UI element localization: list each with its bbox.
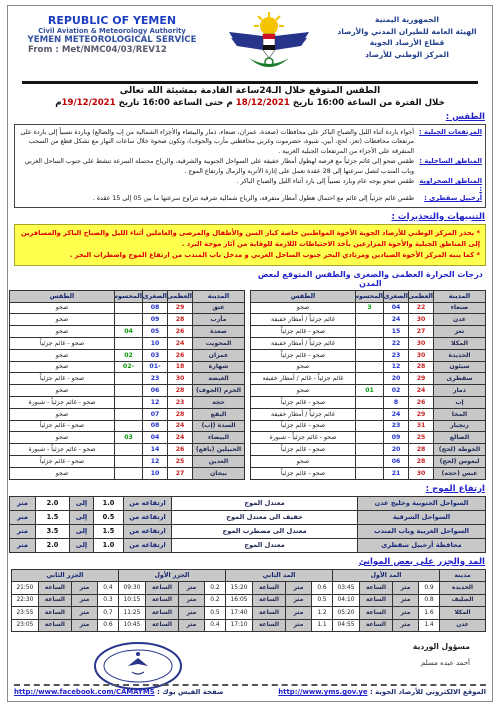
- city-name: صعدة: [193, 326, 245, 338]
- city-name: عدن: [434, 314, 486, 326]
- city-name: سيئون: [434, 361, 486, 373]
- temp-header-cell: المحسوسة: [356, 290, 384, 302]
- footer-divider: [14, 684, 486, 686]
- min-temp: 24: [384, 408, 409, 420]
- tide-group-header: المد الثاني: [225, 569, 332, 582]
- feels-temp: [356, 432, 384, 444]
- city-name: المخا: [434, 408, 486, 420]
- city-weather: صحو - غائم جزئياً - شبورة: [10, 444, 115, 456]
- max-temp: 24: [168, 420, 193, 432]
- min-temp: 04: [143, 432, 168, 444]
- min-temp: 15: [384, 326, 409, 338]
- tide-time-value: 15:20: [225, 582, 252, 595]
- warnings-box: * يحذر المركز الوطني للأرصاد الجوية الأخ…: [14, 224, 486, 266]
- period-text-4: تاريخ: [119, 98, 140, 108]
- tide-time-value: 04:10: [333, 594, 360, 607]
- max-temp: 29: [168, 302, 193, 314]
- city-weather: صحو: [10, 361, 115, 373]
- arabic-line-2: الهيئة العامة للطيران المدني والأرصاد: [328, 26, 486, 38]
- wave-unit: متر: [10, 496, 36, 510]
- english-line-2: Civil Aviation & Meteorology Authority: [14, 27, 210, 35]
- tide-height-value: 0.9: [419, 582, 440, 595]
- wave-from-value: 1.0: [94, 496, 124, 510]
- temp-row: الضالع2509صحو - غائم جزئياً - شبورة: [251, 432, 486, 444]
- wave-to-label: إلى: [70, 496, 94, 510]
- min-temp: 14: [143, 444, 168, 456]
- min-temp: 24: [384, 314, 409, 326]
- wave-region: السواحل الشرقية: [358, 510, 486, 524]
- feels-temp: [115, 408, 143, 420]
- website-link[interactable]: http://www.yms.gov.ye: [278, 688, 367, 696]
- authority-logo-icon: [225, 10, 313, 76]
- forecast-title: الطقس المتوقع خلال الـ24ساعة القادمة بمش…: [14, 86, 486, 96]
- tide-height-value: 0.7: [97, 607, 118, 620]
- tide-time-value: 09:30: [118, 582, 145, 595]
- tide-hour-label: الساعة: [38, 594, 71, 607]
- tide-hour-label: الساعة: [145, 582, 178, 595]
- tide-meter-label: متر: [71, 619, 97, 632]
- arabic-line-4: المركز الوطني للأرصاد: [328, 49, 486, 61]
- tide-hour-label: الساعة: [38, 607, 71, 620]
- tide-hour-label: الساعة: [360, 619, 393, 632]
- weather-row-3: أرخبيل سقطرى :طقس غائم جزئياً إلى غائم م…: [18, 194, 482, 203]
- wave-unit: متر: [10, 524, 36, 538]
- city-name: الغيضة: [193, 373, 245, 385]
- tide-height-value: 1.1: [312, 619, 333, 632]
- city-name: الحزم (الجوف): [193, 385, 245, 397]
- temp-row: زنجبار3123صحو - غائم جزئياً: [251, 420, 486, 432]
- feels-temp: [115, 455, 143, 467]
- tide-hour-label: الساعة: [145, 594, 178, 607]
- max-temp: 31: [409, 420, 434, 432]
- feels-temp: [356, 349, 384, 361]
- tide-meter-label: متر: [178, 582, 204, 595]
- min-temp: 21: [384, 467, 409, 479]
- city-weather: صحو: [251, 455, 356, 467]
- weather-row-1: المناطق الساحلية :طقس صحو إلى غائم جزئيا…: [18, 157, 482, 176]
- tide-time-value: 10:15: [118, 594, 145, 607]
- city-name: بيحان: [193, 467, 245, 479]
- arabic-line-1: الجمهورية اليمنية: [328, 14, 486, 26]
- wave-to-label: إلى: [70, 510, 94, 524]
- temperature-tables: المدينةالعظمىالصغرىالمحسوسةالطقسصنعاء220…: [14, 290, 486, 480]
- city-weather: صحو - غائم جزئياً: [10, 420, 115, 432]
- tide-row: الحديدة0.9مترالساعة03:450.6مترالساعة15:2…: [11, 582, 485, 595]
- city-name: الحوطة (لحج): [434, 444, 486, 456]
- city-weather: صحو: [10, 408, 115, 420]
- max-temp: 26: [409, 396, 434, 408]
- feels-temp: [115, 314, 143, 326]
- wave-from-label: ارتفاعه من: [124, 538, 172, 552]
- duty-officer-block: مسؤول الوردية أحمد عبده مسلم: [413, 642, 470, 667]
- min-temp: 02: [384, 385, 409, 397]
- max-temp: 23: [168, 396, 193, 408]
- tide-time-value: 23:55: [11, 607, 38, 620]
- min-temp: 04: [384, 302, 409, 314]
- temp-row: الحبيلين (يافع)2614صحو - غائم جزئياً - ش…: [10, 444, 245, 456]
- temp-row: العدين2512صحو - غائم جزئياً: [10, 455, 245, 467]
- city-name: تعز: [434, 326, 486, 338]
- city-name: البقع: [193, 408, 245, 420]
- tide-group-header: الجزر الثاني: [11, 569, 118, 582]
- facebook-group: صفحة الفيس بوك : http://www.facebook.com…: [14, 688, 224, 696]
- wave-from-value: 1.5: [94, 524, 124, 538]
- period-time-2: 16:00: [142, 98, 169, 108]
- feels-temp: [115, 420, 143, 432]
- temp-row: عتق2908صحو: [10, 302, 245, 314]
- tide-row: عدن1.4مترالساعة04:551.1مترالساعة17:100.4…: [11, 619, 485, 632]
- city-name: حجة: [193, 396, 245, 408]
- feels-temp: 01: [356, 385, 384, 397]
- wave-unit: متر: [10, 510, 36, 524]
- max-temp: 28: [168, 385, 193, 397]
- english-line-4: From : Met/NMC04/03/REV12: [14, 45, 210, 55]
- max-temp: 30: [409, 314, 434, 326]
- tide-time-value: 17:10: [225, 619, 252, 632]
- period-text-2: تاريخ: [293, 98, 314, 108]
- duty-officer-name: أحمد عبده مسلم: [413, 659, 470, 667]
- feels-temp: [115, 302, 143, 314]
- tide-time-value: 10:45: [118, 619, 145, 632]
- wave-region: السواحل الجنوبية وخليج عدن: [358, 496, 486, 510]
- tide-meter-label: متر: [393, 607, 419, 620]
- facebook-link[interactable]: http://www.facebook.com/CAMAYMS: [14, 688, 155, 696]
- max-temp: 26: [168, 349, 193, 361]
- warning-line-0: * يحذر المركز الوطني للأرصاد الجوية الأخ…: [20, 228, 480, 251]
- feels-temp: [115, 385, 143, 397]
- tide-city: المكلا: [440, 607, 486, 620]
- tide-city: الحديدة: [440, 582, 486, 595]
- tide-meter-label: متر: [178, 594, 204, 607]
- max-temp: 29: [409, 408, 434, 420]
- wave-to-label: إلى: [70, 538, 94, 552]
- temp-row: شهارة18-01-02صحو: [10, 361, 245, 373]
- tide-height-value: 1.2: [312, 607, 333, 620]
- feels-temp: [356, 326, 384, 338]
- weather-row-0: المرتفعات الجبلية :أجواء باردة أثناء الل…: [18, 128, 482, 156]
- city-weather: صحو: [10, 349, 115, 361]
- tide-meter-label: متر: [178, 619, 204, 632]
- tide-meter-label: متر: [71, 594, 97, 607]
- temp-header-cell: الصغرى: [384, 290, 409, 302]
- max-temp: 29: [409, 373, 434, 385]
- wave-to-label: إلى: [70, 524, 94, 538]
- city-weather: صحو - غائم جزئياً: [251, 444, 356, 456]
- header-english-block: REPUBLIC OF YEMEN Civil Aviation & Meteo…: [14, 10, 210, 55]
- tide-height-value: 0.4: [204, 619, 225, 632]
- max-temp: 26: [168, 444, 193, 456]
- tide-meter-label: متر: [286, 594, 312, 607]
- feels-temp: [356, 467, 384, 479]
- temp-row: المكلا3022غائم جزئياً / أمطار خفيفة: [251, 337, 486, 349]
- warnings-section-label: التنبيهات والتحذيرات :: [15, 212, 485, 222]
- tide-hour-label: الساعة: [253, 582, 286, 595]
- city-weather: صحو - غائم جزئياً: [251, 420, 356, 432]
- tide-row: المكلا1.6مترالساعة05:201.2مترالساعة17:40…: [11, 607, 485, 620]
- min-temp: 08: [143, 302, 168, 314]
- min-temp: 12: [143, 396, 168, 408]
- wave-region: السواحل الغربية وباب المندب: [358, 524, 486, 538]
- city-weather: صحو - غائم جزئياً: [10, 373, 115, 385]
- tide-height-value: 0.5: [204, 607, 225, 620]
- period-date-1: 18/12/2021: [236, 98, 290, 108]
- wave-row: السواحل الجنوبية وخليج عدنمعتدل الموجارت…: [10, 496, 486, 510]
- temp-row: الحزم (الجوف)2806صحو: [10, 385, 245, 397]
- english-line-3: YEMEN METEOROLOGICAL SERVICE: [14, 35, 210, 45]
- wave-description: معتدل الموج: [172, 538, 358, 552]
- city-name: البيضاء: [193, 432, 245, 444]
- city-name: المكلا: [434, 337, 486, 349]
- tide-hour-label: الساعة: [253, 594, 286, 607]
- city-name: لبعوس (لحج): [434, 455, 486, 467]
- min-temp: 23: [384, 349, 409, 361]
- wave-from-value: 0.5: [94, 510, 124, 524]
- weather-row-text: طقس صحو بوجه عام وبارد نسبياً إلى بارد أ…: [18, 177, 414, 193]
- temp-row: المحويت2410صحو - غائم جزئياً: [10, 337, 245, 349]
- wave-from-label: ارتفاعه من: [124, 496, 172, 510]
- temp-row: سقطرى2920غائم جزئياً - غائم / أمطار خفيف…: [251, 373, 486, 385]
- city-weather: صحو - غائم جزئياً: [10, 337, 115, 349]
- tide-height-value: 0.2: [204, 594, 225, 607]
- wave-section-label: ارتفاع الموج :: [15, 484, 485, 494]
- min-temp: 05: [143, 326, 168, 338]
- weather-row-text: طقس غائم جزئياً إلى غائم مع احتمال هطول …: [18, 194, 414, 203]
- weather-row-label: المناطق الساحلية :: [418, 157, 482, 176]
- tide-height-value: 0.2: [204, 582, 225, 595]
- max-temp: 28: [168, 408, 193, 420]
- temp-row: الحوطة (لحج)2820صحو - غائم جزئياً: [251, 444, 486, 456]
- tide-group-header: الجزر الأول: [118, 569, 225, 582]
- temp-header-cell: العظمى: [168, 290, 193, 302]
- city-weather: غائم جزئياً / أمطار خفيفة: [251, 314, 356, 326]
- city-weather: صحو: [10, 314, 115, 326]
- wave-description: معتدل الموج: [172, 496, 358, 510]
- tide-meter-label: متر: [393, 619, 419, 632]
- min-temp: 06: [143, 385, 168, 397]
- temp-row: حجة2312صحو - غائم جزئياً - شبورة: [10, 396, 245, 408]
- city-name: عبس (حجة): [434, 467, 486, 479]
- feels-temp: [115, 337, 143, 349]
- temp-row: البقع2807صحو: [10, 408, 245, 420]
- tide-time-value: 03:45: [333, 582, 360, 595]
- wave-row: السواحل الغربية وباب المندبمعتدل الى مضط…: [10, 524, 486, 538]
- max-temp: 18: [168, 361, 193, 373]
- weather-row-2: المناطق الصحراوية :طقس صحو بوجه عام وبار…: [18, 177, 482, 193]
- header-arabic-block: الجمهورية اليمنية الهيئة العامة للطيران …: [328, 10, 486, 61]
- city-weather: صحو: [10, 432, 115, 444]
- city-name: عمران: [193, 349, 245, 361]
- temp-header-cell: العظمى: [409, 290, 434, 302]
- tide-time-value: 04:55: [333, 619, 360, 632]
- temp-header-row: المدينةالعظمىالصغرىالمحسوسةالطقس: [251, 290, 486, 302]
- tide-time-value: 11:25: [118, 607, 145, 620]
- tide-height-value: 0.6: [97, 619, 118, 632]
- city-weather: صحو - غائم جزئياً: [10, 455, 115, 467]
- city-weather: صحو: [251, 302, 356, 314]
- city-name: زنجبار: [434, 420, 486, 432]
- min-temp: 09: [143, 314, 168, 326]
- min-temp: 07: [143, 408, 168, 420]
- city-weather: صحو - غائم جزئياً: [251, 467, 356, 479]
- tide-hour-label: الساعة: [38, 582, 71, 595]
- city-name: الضالع: [434, 432, 486, 444]
- temp-row: الغيضة3023صحو - غائم جزئياً: [10, 373, 245, 385]
- feels-temp: [356, 396, 384, 408]
- min-temp: 06: [384, 455, 409, 467]
- arabic-line-3: قطاع الأرصاد الجوية: [328, 37, 486, 49]
- max-temp: 28: [409, 361, 434, 373]
- wave-region: محافظة أرخبيل سقطرى: [358, 538, 486, 552]
- wave-height-table: السواحل الجنوبية وخليج عدنمعتدل الموجارت…: [9, 496, 486, 553]
- wave-from-label: ارتفاعه من: [124, 510, 172, 524]
- wave-row: محافظة أرخبيل سقطرىمعتدل الموجارتفاعه من…: [10, 538, 486, 552]
- authority-logo: [223, 10, 315, 80]
- max-temp: 28: [409, 455, 434, 467]
- header-divider: [22, 81, 478, 84]
- temp-row: المخا2924غائم جزئياً / أمطار خفيفة: [251, 408, 486, 420]
- max-temp: 27: [409, 326, 434, 338]
- temp-row: تعز2715صحو - غائم جزئياً: [251, 326, 486, 338]
- max-temp: 24: [168, 432, 193, 444]
- temp-row: مأرب2809صحو: [10, 314, 245, 326]
- wave-row: السواحل الشرقيةخفيف الى معتدل الموجارتفا…: [10, 510, 486, 524]
- tide-meter-label: متر: [71, 582, 97, 595]
- city-name: الحديدة: [434, 349, 486, 361]
- city-weather: صحو - غائم جزئياً: [251, 349, 356, 361]
- feels-temp: [115, 467, 143, 479]
- city-weather: صحو: [10, 467, 115, 479]
- tide-time-value: 23:05: [11, 619, 38, 632]
- weather-row-text: أجواء باردة أثناء الليل والصباح الباكر ع…: [18, 128, 414, 156]
- temp-header-cell: الطقس: [251, 290, 356, 302]
- wave-description: معتدل الى مضطرب الموج: [172, 524, 358, 538]
- city-weather: صحو: [10, 385, 115, 397]
- footer: مسؤول الوردية أحمد عبده مسلم الموقع الال…: [14, 640, 486, 706]
- temperature-table-title: درجات الحرارة العظمى والصغرى والطقس المت…: [255, 270, 486, 288]
- temp-row: السدة (إب)2408صحو - غائم جزئياً: [10, 420, 245, 432]
- weather-row-label: أرخبيل سقطرى :: [418, 194, 482, 203]
- tide-hour-label: الساعة: [38, 619, 71, 632]
- temp-header-cell: الصغرى: [143, 290, 168, 302]
- tide-hour-label: الساعة: [360, 582, 393, 595]
- wave-to-value: 2.0: [36, 538, 70, 552]
- temp-header-row: المدينةالعظمىالصغرىالمحسوسةالطقس: [10, 290, 245, 302]
- city-weather: صحو - غائم جزئياً - شبورة: [251, 432, 356, 444]
- temp-row: إب268صحو - غائم جزئياً: [251, 396, 486, 408]
- feels-temp: [356, 373, 384, 385]
- tide-time-value: 17:40: [225, 607, 252, 620]
- city-name: صنعاء: [434, 302, 486, 314]
- english-line-1: REPUBLIC OF YEMEN: [14, 14, 210, 27]
- max-temp: 24: [409, 385, 434, 397]
- max-temp: 25: [409, 432, 434, 444]
- city-weather: صحو - غائم جزئياً: [251, 326, 356, 338]
- temp-row: صنعاء22043صحو: [251, 302, 486, 314]
- tide-hour-label: الساعة: [360, 607, 393, 620]
- tide-height-value: 0.8: [419, 594, 440, 607]
- tide-hour-label: الساعة: [145, 619, 178, 632]
- tide-meter-label: متر: [286, 582, 312, 595]
- wave-to-value: 3.5: [36, 524, 70, 538]
- temp-row: بيحان2710صحو: [10, 467, 245, 479]
- tide-hour-label: الساعة: [145, 607, 178, 620]
- tide-city-header: مدينة: [440, 569, 486, 582]
- tide-meter-label: متر: [393, 594, 419, 607]
- tide-hour-label: الساعة: [360, 594, 393, 607]
- city-name: عتق: [193, 302, 245, 314]
- max-temp: 22: [409, 302, 434, 314]
- temp-row: عمران260302صحو: [10, 349, 245, 361]
- tide-time-value: 21:50: [11, 582, 38, 595]
- feels-temp: 3: [356, 302, 384, 314]
- weather-bulletin-page: الجمهورية اليمنية الهيئة العامة للطيران …: [0, 0, 500, 707]
- wave-description: خفيف الى معتدل الموج: [172, 510, 358, 524]
- tide-hour-label: الساعة: [253, 619, 286, 632]
- max-temp: 27: [168, 467, 193, 479]
- city-weather: غائم جزئياً / أمطار خفيفة: [251, 337, 356, 349]
- website-group: الموقع الالكتروني للأرصاد الجوية : http:…: [278, 688, 486, 696]
- city-name: ذمار: [434, 385, 486, 397]
- tide-time-value: 05:20: [333, 607, 360, 620]
- min-temp: 10: [143, 337, 168, 349]
- weather-section-label: الطقس :: [15, 112, 485, 122]
- feels-temp: [356, 408, 384, 420]
- feels-temp: [115, 396, 143, 408]
- weather-forecast-box: المرتفعات الجبلية :أجواء باردة أثناء الل…: [14, 124, 486, 208]
- feels-temp: [356, 444, 384, 456]
- tide-height-value: 1.4: [419, 619, 440, 632]
- tide-header-row: مدينةالمد الأولالمد الثانيالجزر الأولالج…: [11, 569, 485, 582]
- wave-unit: متر: [10, 538, 36, 552]
- period-text-1: خلال الفترة من الساعة: [347, 98, 445, 108]
- city-name: سقطرى: [434, 373, 486, 385]
- tide-meter-label: متر: [71, 607, 97, 620]
- tide-hour-label: الساعة: [253, 607, 286, 620]
- wave-from-value: 1.0: [94, 538, 124, 552]
- max-temp: 30: [168, 373, 193, 385]
- temp-row: لبعوس (لحج)2806صحو: [251, 455, 486, 467]
- city-name: العدين: [193, 455, 245, 467]
- tide-row: الصليف0.8مترالساعة04:100.5مترالساعة16:05…: [11, 594, 485, 607]
- city-name: السدة (إب): [193, 420, 245, 432]
- temp-row: ذمار240201صحو: [251, 385, 486, 397]
- min-temp: 20: [384, 444, 409, 456]
- feels-temp: 02: [115, 349, 143, 361]
- city-weather: صحو: [251, 385, 356, 397]
- min-temp: 23: [384, 420, 409, 432]
- tide-height-value: 0.6: [312, 582, 333, 595]
- period-text-3: م حتى الساعة: [173, 98, 233, 108]
- min-temp: 12: [384, 361, 409, 373]
- tide-table: مدينةالمد الأولالمد الثانيالجزر الأولالج…: [11, 569, 486, 633]
- tide-meter-label: متر: [286, 607, 312, 620]
- city-name: شهارة: [193, 361, 245, 373]
- min-temp: 03: [143, 349, 168, 361]
- temperature-table-right: المدينةالعظمىالصغرىالمحسوسةالطقسصنعاء220…: [250, 290, 486, 480]
- header: الجمهورية اليمنية الهيئة العامة للطيران …: [14, 10, 486, 80]
- temp-row: عبس (حجة)3021صحو - غائم جزئياً: [251, 467, 486, 479]
- temp-header-cell: المحسوسة: [115, 290, 143, 302]
- min-temp: 23: [143, 373, 168, 385]
- temp-row: عدن3024غائم جزئياً / أمطار خفيفة: [251, 314, 486, 326]
- feels-temp: [356, 314, 384, 326]
- min-temp: 08: [143, 420, 168, 432]
- page-frame: الجمهورية اليمنية الهيئة العامة للطيران …: [7, 5, 493, 702]
- min-temp: 12: [143, 455, 168, 467]
- city-weather: غائم جزئياً - غائم / أمطار خفيفة: [251, 373, 356, 385]
- period-time-1: 16:00: [317, 98, 344, 108]
- feels-temp: [356, 337, 384, 349]
